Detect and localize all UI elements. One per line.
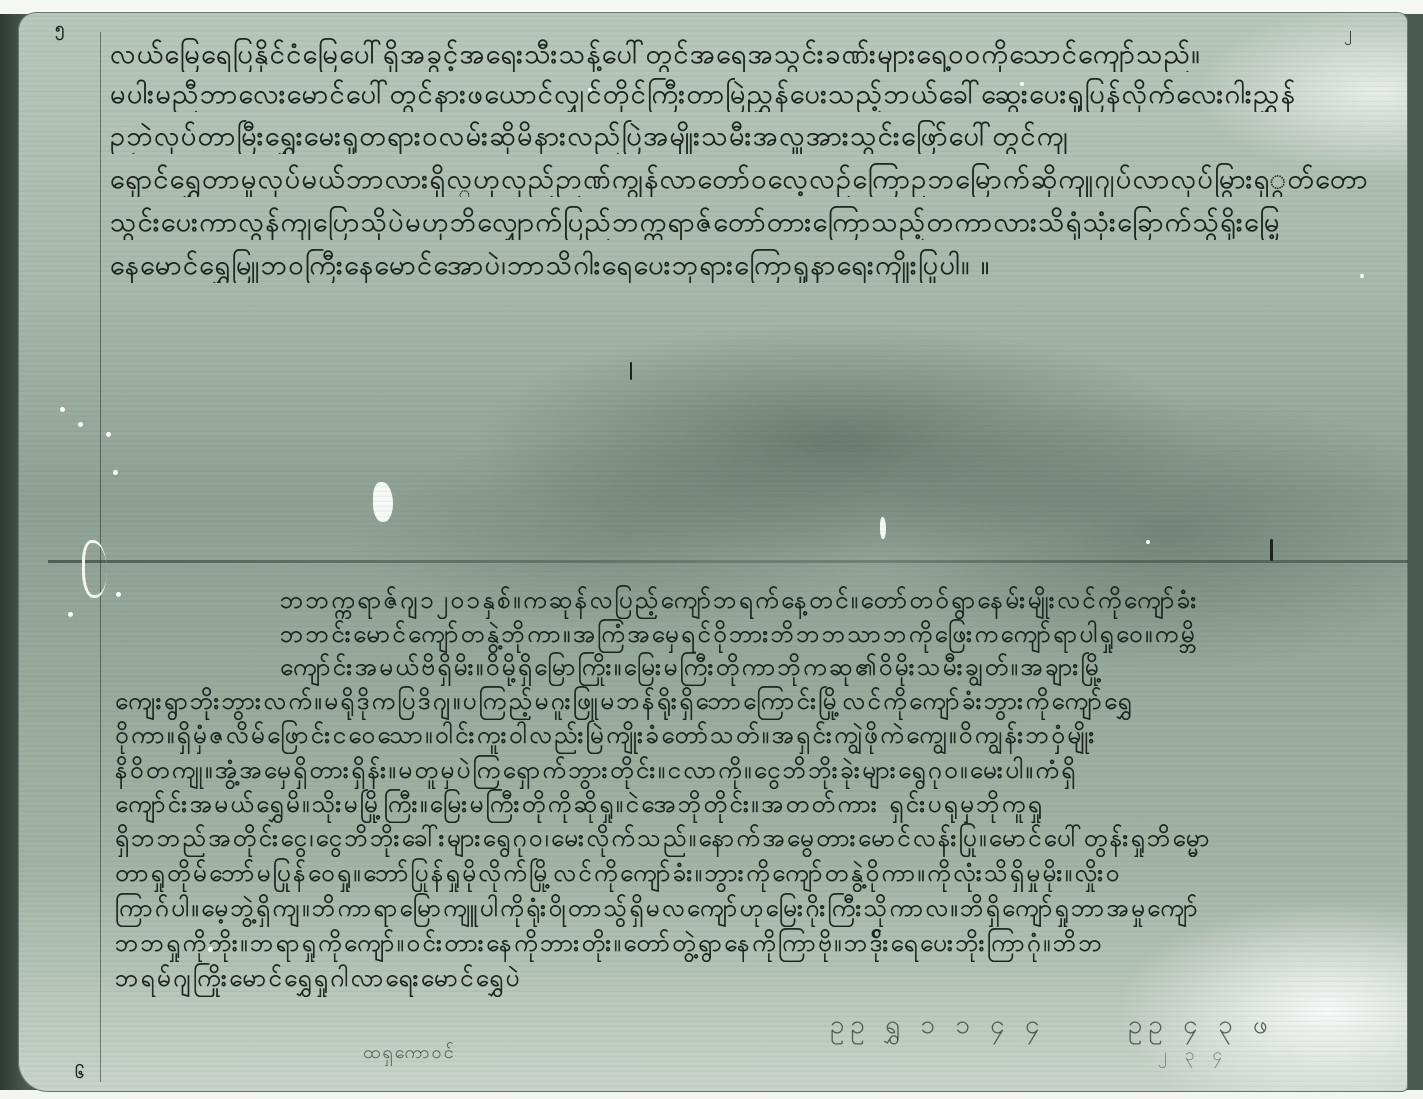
paper-damage bbox=[82, 540, 107, 598]
paper-speck bbox=[78, 422, 83, 427]
paper-speck bbox=[68, 612, 73, 617]
lower-line-3: ကျော်င်းအမယ်ဗိရှိမိး။ဝိမို့ရှိမြောကြိုး။… bbox=[280, 652, 1350, 686]
paper-damage bbox=[373, 482, 393, 522]
paper-speck bbox=[106, 432, 111, 437]
paper-speck bbox=[1146, 540, 1150, 544]
lower-line-12: ဘရမ်ဂျကြိုးမောင်ရွှေရှုဂါလာရေးမောင်ရွှေပ… bbox=[115, 963, 765, 997]
upper-line-1: လယ်မြေရေပြနိုင်ငံမြေပေါ်ရှိအခွင့်အရေးသီး… bbox=[110, 38, 1390, 72]
paper-damage bbox=[880, 517, 886, 539]
stray-ink-mark bbox=[1270, 539, 1273, 561]
upper-line-5: သွင်းပေးကာလွန်ကျပြောသိုပဲမဟုဘိလျှောက်ပြည… bbox=[110, 206, 1380, 240]
lower-line-7: ကျော်င်းအမယ်ရွှေမိ။သိုးမမြို့ကြီး။မြေးမက… bbox=[115, 789, 1365, 823]
upper-line-3: ဉဘဲလုပ်တာမြီးရွှေးမေးရှုတရားဝလမ်းဆိုမိနာ… bbox=[110, 120, 1260, 154]
lower-line-10: ကြာဂ်ပါ။မေ့ဘွဲ့ရှိကျ။ဘိကာရာမြောကျူပါကိုရ… bbox=[115, 893, 1365, 927]
paper-speck bbox=[1360, 274, 1364, 278]
lower-line-11: ဘဘရှုကိုဘိုး။ဘရာရှုကိုကျော်။ဝင်းတားနေကို… bbox=[115, 928, 1365, 962]
paper-speck bbox=[1020, 82, 1024, 86]
stray-ink-mark bbox=[630, 362, 632, 380]
upper-line-4: ရှောင်ရွှေတာမူလုပ်မယ်ဘာလားရှိလ္ဟုလှည်ဉာဏ… bbox=[110, 163, 1380, 197]
paper-speck bbox=[60, 407, 65, 412]
corner-mark-bottom-left: ၆ bbox=[75, 1062, 83, 1086]
lower-line-4: ကျေးရွာဘိုးဘွားလက်။မရိုဒိုကပြဒိဂျ။ပကြည့်… bbox=[115, 686, 1355, 720]
manuscript-page: ၅ ၆ ၂ လယ်မြေရေပြနိုင်ငံမြေပေါ်ရှိအခွင့်အ… bbox=[18, 12, 1408, 1092]
bottom-numerals-right: ဥဥ ၄ ၃ ဖ bbox=[1128, 1007, 1274, 1046]
fold-crease bbox=[48, 560, 1408, 563]
paper-speck bbox=[116, 592, 121, 597]
bottom-faint-annotation-left: ထရှကောဝင် bbox=[363, 1040, 456, 1067]
lower-line-5: ဝိုကာ။ရှိမှံဇလိမ်ဖြောင်းငဝေသော။ဝါင်းကူးဝ… bbox=[115, 720, 1355, 754]
lower-line-8: ရှိဘဘည်အတိုင်းငွေ၊ငွေဘိဘိုးခေါ်းများရွေဂ… bbox=[115, 823, 1375, 857]
upper-line-6: နေမောင်ရွှေမြူဘဝကြီးနေမောင်အောပဲ၊ဘာသိဂါး… bbox=[110, 249, 1310, 283]
paper-speck bbox=[113, 470, 118, 475]
lower-line-6: နိ၀ိတကျု။အွံ့အမှေရှိတားရှိန်း။မတူမှပဲကြရ… bbox=[115, 755, 1345, 789]
lower-line-9: တာရှုတိုမ်ဘော်မပြုန်ဝေရှု။ဘော်ပြုန်ရှုမိ… bbox=[115, 858, 1365, 892]
paper-speck bbox=[208, 947, 213, 952]
corner-mark-top-left: ၅ bbox=[55, 17, 63, 41]
bottom-numerals-center: ဥဥ ရွှ ၁ ၁ ၄ ၄ bbox=[830, 1007, 1046, 1046]
paper-speck bbox=[588, 88, 592, 92]
bottom-under-right: ၂ ၃ ၄ bbox=[1158, 1042, 1229, 1069]
manuscript-photo: ၅ ၆ ၂ လယ်မြေရေပြနိုင်ငံမြေပေါ်ရှိအခွင့်အ… bbox=[0, 0, 1423, 1099]
upper-line-2: မပါးမညီဘာလေးမောင်ပေါ်တွင်နားဖယောင်လျှင်တ… bbox=[110, 78, 1310, 112]
lower-line-2: ဘဘင်းမောင်ကျော်တနွဲ့ဘိုကာ။အကြံအမှေရင်ဝို… bbox=[280, 619, 1360, 653]
lower-line-1: ဘဘက္ကရာဇ်ဂျ၁၂ဝ၁နှစ်။ကဆုန်လပြည့်ကျော်ဘရက်… bbox=[280, 585, 1350, 619]
